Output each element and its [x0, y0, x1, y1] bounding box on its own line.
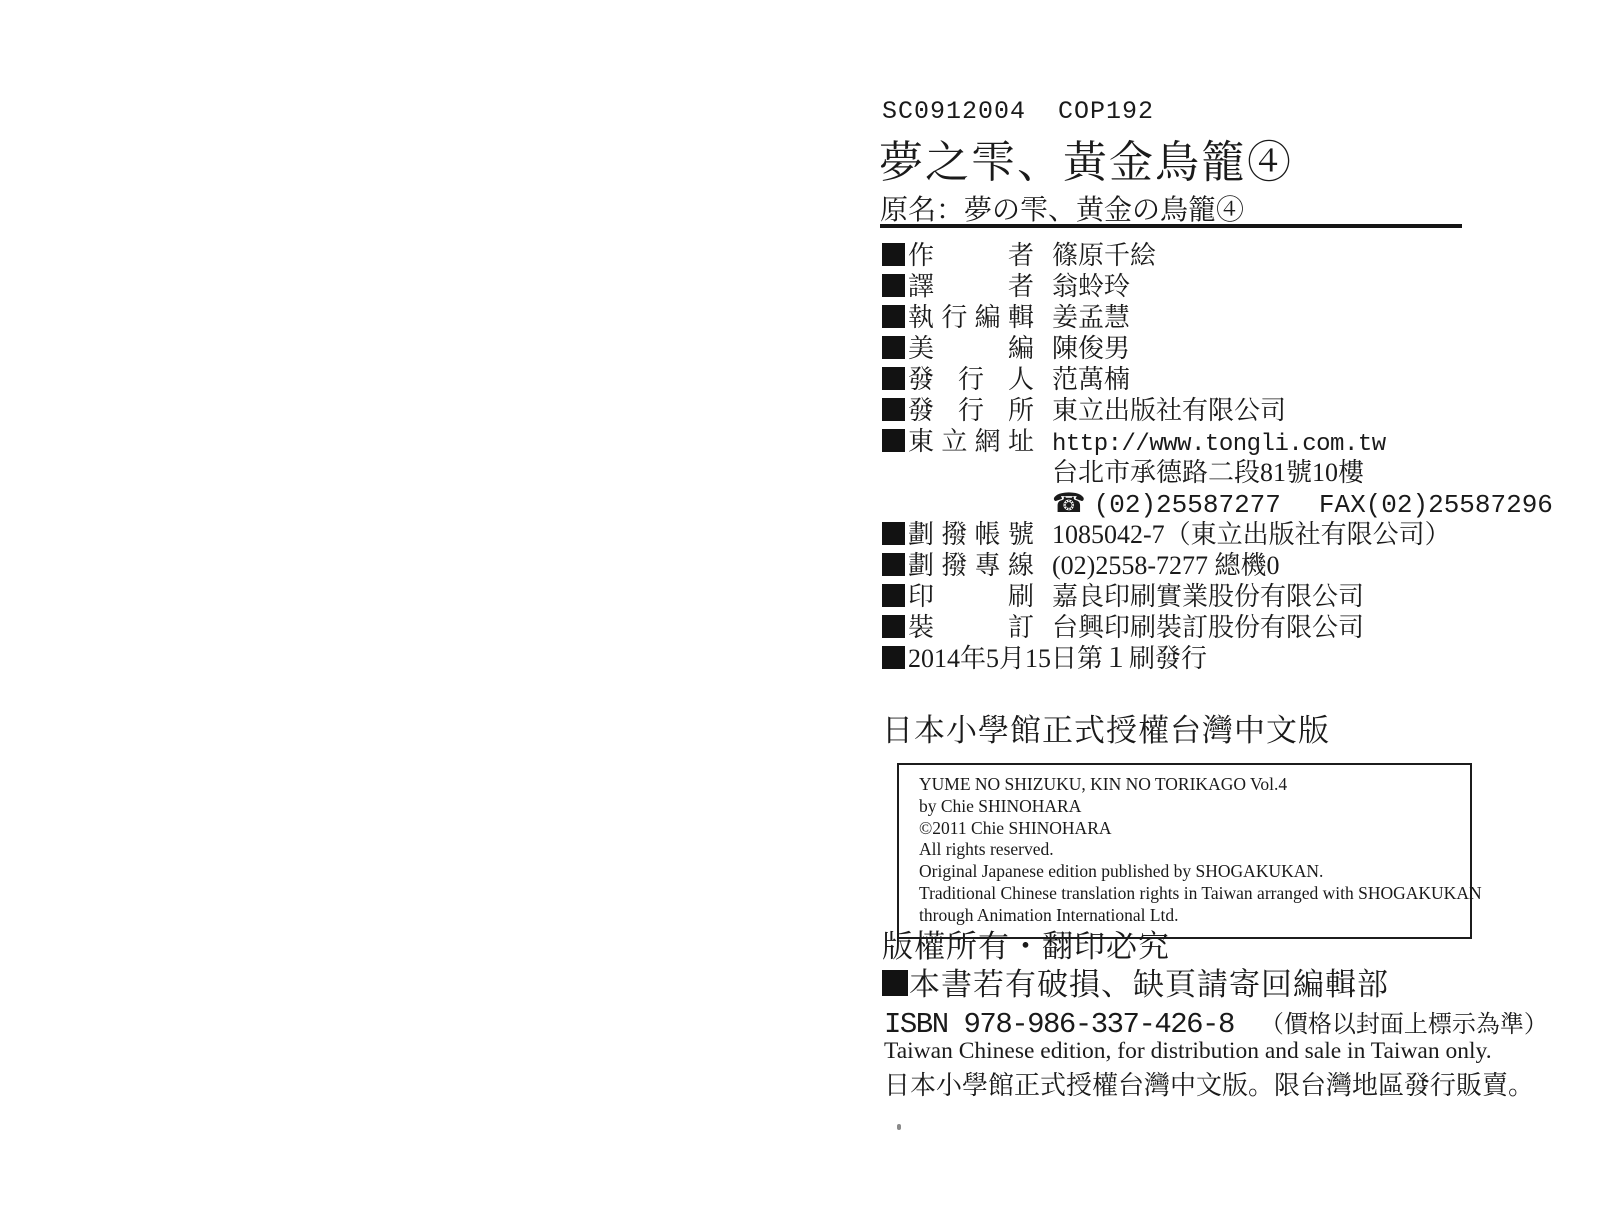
square-bullet-icon: [882, 522, 905, 545]
row-translator: 譯者翁蛉玲: [882, 271, 1482, 302]
row-printing: 印刷嘉良印刷實業股份有限公司: [882, 581, 1482, 612]
row-value: 篠原千絵: [1052, 241, 1156, 270]
isbn-number: ISBN 978-986-337-426-8: [884, 1008, 1234, 1041]
row-value: 陳俊男: [1052, 334, 1130, 363]
chinese-distribution-notice: 日本小學館正式授權台灣中文版。限台灣地區發行販賣。: [884, 1065, 1534, 1102]
row-value: 東立出版社有限公司: [1052, 396, 1286, 425]
damaged-notice-text: 本書若有破損、缺頁請寄回編輯部: [909, 967, 1389, 1002]
row-value: 姜孟慧: [1052, 303, 1130, 332]
copyright-line: Traditional Chinese translation rights i…: [919, 883, 1460, 905]
square-bullet-icon: [882, 274, 905, 297]
copyright-line: Original Japanese edition published by S…: [919, 861, 1460, 883]
row-label: 譯者: [908, 271, 1034, 302]
row-label: 美編: [908, 333, 1034, 364]
copyright-line: by Chie SHINOHARA: [919, 796, 1460, 818]
square-bullet-icon: [882, 398, 905, 421]
square-bullet-icon: [882, 305, 905, 328]
license-heading: 日本小學館正式授權台灣中文版: [882, 705, 1330, 750]
original-title: 原名：夢の雫、黄金の鳥籠④: [880, 188, 1244, 228]
row-value: 范萬楠: [1052, 365, 1130, 394]
row-print-date: 2014年5月15日第１刷發行: [882, 643, 1482, 674]
row-label: 劃撥帳號: [908, 519, 1034, 550]
phone-number: (02)25587277: [1094, 490, 1281, 520]
row-value: 1085042-7（東立出版社有限公司）: [1052, 520, 1451, 549]
copyright-line: YUME NO SHIZUKU, KIN NO TORIKAGO Vol.4: [919, 774, 1460, 796]
english-distribution-notice: Taiwan Chinese edition, for distribution…: [884, 1038, 1492, 1065]
row-label: 執行編輯: [908, 302, 1034, 333]
price-note: （價格以封面上標示為準）: [1260, 1012, 1548, 1038]
website-url: http://www.tongli.com.tw: [1052, 431, 1386, 458]
square-bullet-icon: [882, 336, 905, 359]
copyright-line: ©2011 Chie SHINOHARA: [919, 818, 1460, 840]
colophon-list: 作者篠原千絵 譯者翁蛉玲 執行編輯姜孟慧 美編陳俊男 發行人范萬楠 發行所東立出…: [882, 240, 1482, 674]
book-title: 夢之雫、黃金鳥籠④: [879, 126, 1293, 190]
square-bullet-icon: [882, 243, 905, 266]
row-label: 東立網址: [908, 426, 1034, 457]
square-bullet-icon: [882, 553, 905, 576]
product-code: SC0912004 COP192: [882, 97, 1154, 126]
row-label: 印刷: [908, 581, 1034, 612]
row-label: 劃撥專線: [908, 550, 1034, 581]
square-bullet-icon: [882, 646, 905, 669]
square-bullet-icon: [882, 429, 905, 452]
row-value: 翁蛉玲: [1052, 272, 1130, 301]
row-label: 裝訂: [908, 612, 1034, 643]
isbn-line: ISBN 978-986-337-426-8（價格以封面上標示為準）: [884, 1004, 1548, 1041]
row-address: 台北市承德路二段81號10樓: [882, 457, 1482, 488]
row-author: 作者篠原千絵: [882, 240, 1482, 271]
fax-number: FAX(02)25587296: [1319, 490, 1553, 520]
row-website: 東立網址http://www.tongli.com.tw: [882, 426, 1482, 457]
row-publisher: 發行人范萬楠: [882, 364, 1482, 395]
row-value: 台興印刷裝訂股份有限公司: [1052, 613, 1364, 642]
colophon-page: SC0912004 COP192 夢之雫、黃金鳥籠④ 原名：夢の雫、黄金の鳥籠④…: [0, 0, 1599, 1224]
row-label: 作者: [908, 240, 1034, 271]
row-art-editor: 美編陳俊男: [882, 333, 1482, 364]
square-bullet-icon: [882, 584, 905, 607]
row-binding: 裝訂台興印刷裝訂股份有限公司: [882, 612, 1482, 643]
row-postal-account: 劃撥帳號1085042-7（東立出版社有限公司）: [882, 519, 1482, 550]
row-publishing-house: 發行所東立出版社有限公司: [882, 395, 1482, 426]
square-bullet-icon: [882, 970, 908, 996]
print-date: 2014年5月15日第１刷發行: [908, 644, 1207, 673]
copyright-box: YUME NO SHIZUKU, KIN NO TORIKAGO Vol.4 b…: [897, 763, 1472, 939]
row-label: 發行人: [908, 364, 1034, 395]
row-executive-editor: 執行編輯姜孟慧: [882, 302, 1482, 333]
copyright-line: All rights reserved.: [919, 839, 1460, 861]
row-phone-fax: ☎(02)25587277FAX(02)25587296: [882, 488, 1482, 519]
square-bullet-icon: [882, 367, 905, 390]
row-postal-hotline: 劃撥專線(02)2558-7277 總機0: [882, 550, 1482, 581]
divider-rule: [880, 224, 1462, 228]
row-value: 嘉良印刷實業股份有限公司: [1052, 582, 1364, 611]
damaged-notice: 本書若有破損、缺頁請寄回編輯部: [882, 959, 1389, 1004]
row-label: 發行所: [908, 395, 1034, 426]
phone-icon: ☎: [1052, 488, 1086, 518]
row-value: (02)2558-7277 總機0: [1052, 551, 1279, 580]
scan-speck: [897, 1124, 901, 1130]
square-bullet-icon: [882, 615, 905, 638]
publisher-address: 台北市承德路二段81號10樓: [1052, 458, 1364, 487]
